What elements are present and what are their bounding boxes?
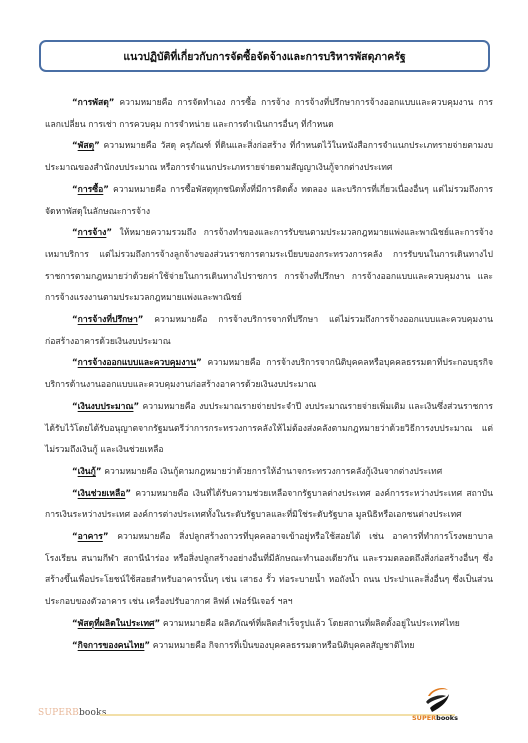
definition-paragraph: “เงินช่วยเหลือ” ความหมายคือ เงินที่ได้รั… — [45, 484, 493, 527]
definition-paragraph: “กิจการของคนไทย” ความหมายคือ กิจการที่เป… — [45, 636, 493, 658]
footer-brand-books: books — [79, 708, 107, 718]
definition-term: “เงินกู้” — [72, 467, 102, 477]
definition-text: ความหมายคือ วัสดุ ครุภัณฑ์ ที่ดินและสิ่ง… — [45, 141, 493, 173]
logo-text-books: books — [436, 714, 458, 722]
definition-paragraph: “การจ้างออกแบบและควบคุมงาน” ความหมายคือ … — [45, 353, 493, 396]
footer: SUPERBbooks — [38, 708, 458, 722]
definition-paragraph: “อาคาร” ความหมายคือ สิ่งปลูกสร้างถาวรที่… — [45, 527, 493, 614]
definition-term: “เงินงบประมาณ” — [72, 402, 139, 412]
definition-term: “พัสดุที่ผลิตในประเทศ” — [72, 619, 160, 629]
title-box: แนวปฏิบัติที่เกี่ยวกับการจัดซื้อจัดจ้างแ… — [39, 40, 490, 72]
definition-paragraph: “การซื้อ” ความหมายคือ การซื้อพัสดุทุกชนิ… — [45, 180, 493, 223]
footer-divider — [100, 714, 455, 716]
term-label: การจ้างออกแบบและควบคุมงาน — [78, 358, 196, 368]
definition-term: “การจ้างออกแบบและควบคุมงาน” — [72, 358, 202, 368]
page-title: แนวปฏิบัติที่เกี่ยวกับการจัดซื้อจัดจ้างแ… — [123, 48, 405, 65]
logo-swoosh-icon — [422, 686, 452, 714]
superbooks-logo: SUPERbooks — [412, 686, 482, 726]
definition-term: “พัสดุ” — [72, 141, 100, 151]
definition-text: ความหมายคือ สิ่งปลูกสร้างถาวรที่บุคคลอาจ… — [45, 532, 493, 607]
term-label: อาคาร — [78, 532, 103, 542]
term-label: การจ้าง — [78, 228, 107, 238]
definition-text: ความหมายคือ เงินกู้ตามกฎหมายว่าด้วยการให… — [102, 467, 443, 477]
definition-term: “การจ้าง” — [72, 228, 112, 238]
term-label: การจ้างที่ปรึกษา — [78, 315, 138, 325]
term-label: พัสดุ — [78, 141, 95, 151]
definition-term: “การพัสดุ” — [72, 98, 114, 108]
term-label: เงินช่วยเหลือ — [78, 489, 126, 499]
definition-term: “อาคาร” — [72, 532, 109, 542]
term-label: การพัสดุ — [78, 98, 109, 108]
definition-term: “การจ้างที่ปรึกษา” — [72, 315, 143, 325]
definition-paragraph: “พัสดุ” ความหมายคือ วัสดุ ครุภัณฑ์ ที่ดิ… — [45, 136, 493, 179]
definition-text: ความหมายคือ ผลิตภัณฑ์ที่ผลิตสำเร็จรูปแล้… — [160, 619, 460, 629]
definition-paragraph: “พัสดุที่ผลิตในประเทศ” ความหมายคือ ผลิตภ… — [45, 614, 493, 636]
term-label: เงินงบประมาณ — [78, 402, 134, 412]
definition-text: ความหมายคือ การซื้อพัสดุทุกชนิดทั้งที่มี… — [45, 185, 493, 217]
definition-paragraph: “เงินกู้” ความหมายคือ เงินกู้ตามกฎหมายว่… — [45, 462, 493, 484]
definition-paragraph: “การจ้าง” ให้หมายความรวมถึง การจ้างทำของ… — [45, 223, 493, 310]
logo-text-super: SUPER — [412, 714, 436, 722]
definition-term: “กิจการของคนไทย” — [72, 641, 150, 651]
footer-brand: SUPERBbooks — [38, 708, 107, 718]
term-label: กิจการของคนไทย — [78, 641, 145, 651]
definition-paragraph: “เงินงบประมาณ” ความหมายคือ งบประมาณรายจ่… — [45, 397, 493, 462]
definition-paragraph: “การจ้างที่ปรึกษา” ความหมายคือ การจ้างบร… — [45, 310, 493, 353]
definition-term: “การซื้อ” — [72, 185, 109, 195]
logo-text: SUPERbooks — [412, 714, 458, 722]
footer-brand-super: SUPERB — [38, 708, 79, 718]
definition-text: ความหมายคือ กิจการที่เป็นของบุคคลธรรมดาห… — [150, 641, 414, 651]
term-label: เงินกู้ — [78, 467, 96, 477]
term-label: พัสดุที่ผลิตในประเทศ — [78, 619, 155, 629]
definition-paragraph: “การพัสดุ” ความหมายคือ การจัดทำเอง การซื… — [45, 93, 493, 136]
definition-text: ให้หมายความรวมถึง การจ้างทำของและการรับข… — [45, 228, 493, 303]
term-label: การซื้อ — [78, 185, 104, 195]
definitions-list: “การพัสดุ” ความหมายคือ การจัดทำเอง การซื… — [45, 93, 493, 657]
definition-term: “เงินช่วยเหลือ” — [72, 489, 131, 499]
